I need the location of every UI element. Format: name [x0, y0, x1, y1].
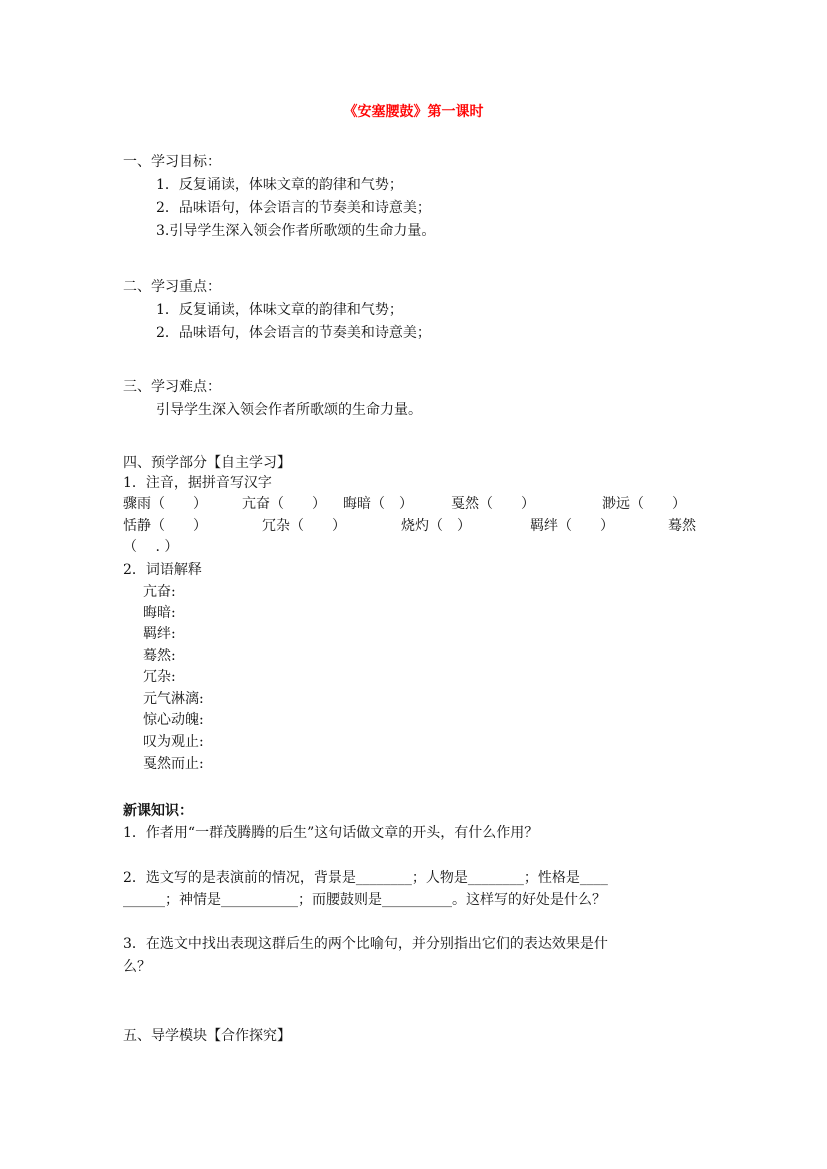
question-3-line-2: 么？ — [123, 957, 151, 977]
vocab-item: 蓦然: — [143, 646, 176, 666]
question-2-line-1: 2．选文写的是表演前的情况，背景是________；人物是________；性格… — [123, 868, 608, 888]
question-2-line-2: ______；神情是___________；而腰鼓则是__________。这样… — [123, 890, 606, 910]
pinyin-heading: 1．注音，据拼音写汉字 — [123, 473, 272, 493]
section-2-item: 2．品味语句，体会语言的节奏美和诗意美； — [156, 323, 431, 343]
vocab-heading: 2．词语解释 — [123, 560, 202, 580]
vocab-item: 元气淋漓: — [143, 689, 204, 709]
pinyin-item: 恬静（ ） — [123, 516, 207, 536]
pinyin-item: 亢奋（ ） — [242, 494, 326, 514]
section-1-item: 2．品味语句，体会语言的节奏美和诗意美； — [156, 198, 431, 218]
vocab-item: 惊心动魄: — [143, 710, 204, 730]
pinyin-item: 戛然（ ） — [451, 494, 535, 514]
section-1-heading: 一、学习目标： — [123, 152, 221, 172]
pinyin-item: 羁绊（ ） — [530, 516, 614, 536]
pinyin-item: 渺远（ ） — [602, 494, 686, 514]
vocab-item: 晦暗: — [143, 603, 176, 623]
section-1-item: 3.引导学生深入领会作者所歌颂的生命力量。 — [156, 221, 435, 241]
section-3-item: 引导学生深入领会作者所歌颂的生命力量。 — [156, 400, 422, 420]
vocab-item: 戛然而止: — [143, 754, 204, 774]
vocab-item: 羁绊: — [143, 624, 176, 644]
pinyin-item: 骤雨（ ） — [123, 494, 207, 514]
document-title: 《安塞腰鼓》第一课时 — [0, 102, 827, 122]
vocab-item: 冗杂: — [143, 667, 176, 687]
pinyin-item: 冗杂（ ） — [262, 516, 346, 536]
question-3-line-1: 3．在选文中找出表现这群后生的两个比喻句，并分别指出它们的表达效果是什 — [123, 934, 608, 954]
pinyin-item: 晦暗（ ） — [343, 494, 413, 514]
section-3-heading: 三、学习难点： — [123, 377, 221, 397]
section-2-heading: 二、学习重点： — [123, 277, 221, 297]
new-lesson-heading: 新课知识： — [123, 801, 193, 821]
section-5-heading: 五、导学模块【合作探究】 — [123, 1026, 291, 1046]
document-page: 《安塞腰鼓》第一课时 一、学习目标： 1．反复诵读，体味文章的韵律和气势； 2．… — [0, 0, 827, 1169]
section-2-item: 1．反复诵读，体味文章的韵律和气势； — [156, 300, 403, 320]
section-4-heading: 四、预学部分【自主学习】 — [123, 453, 291, 473]
pinyin-item: 蓦然 — [668, 516, 696, 536]
vocab-item: 叹为观止: — [143, 732, 204, 752]
pinyin-item: （ . ） — [123, 537, 178, 557]
question-1: 1．作者用“一群茂腾腾的后生”这句话做文章的开头，有什么作用？ — [123, 823, 538, 843]
vocab-item: 亢奋: — [143, 582, 176, 602]
section-1-item: 1．反复诵读，体味文章的韵律和气势； — [156, 175, 403, 195]
pinyin-item: 烧灼（ ） — [401, 516, 471, 536]
